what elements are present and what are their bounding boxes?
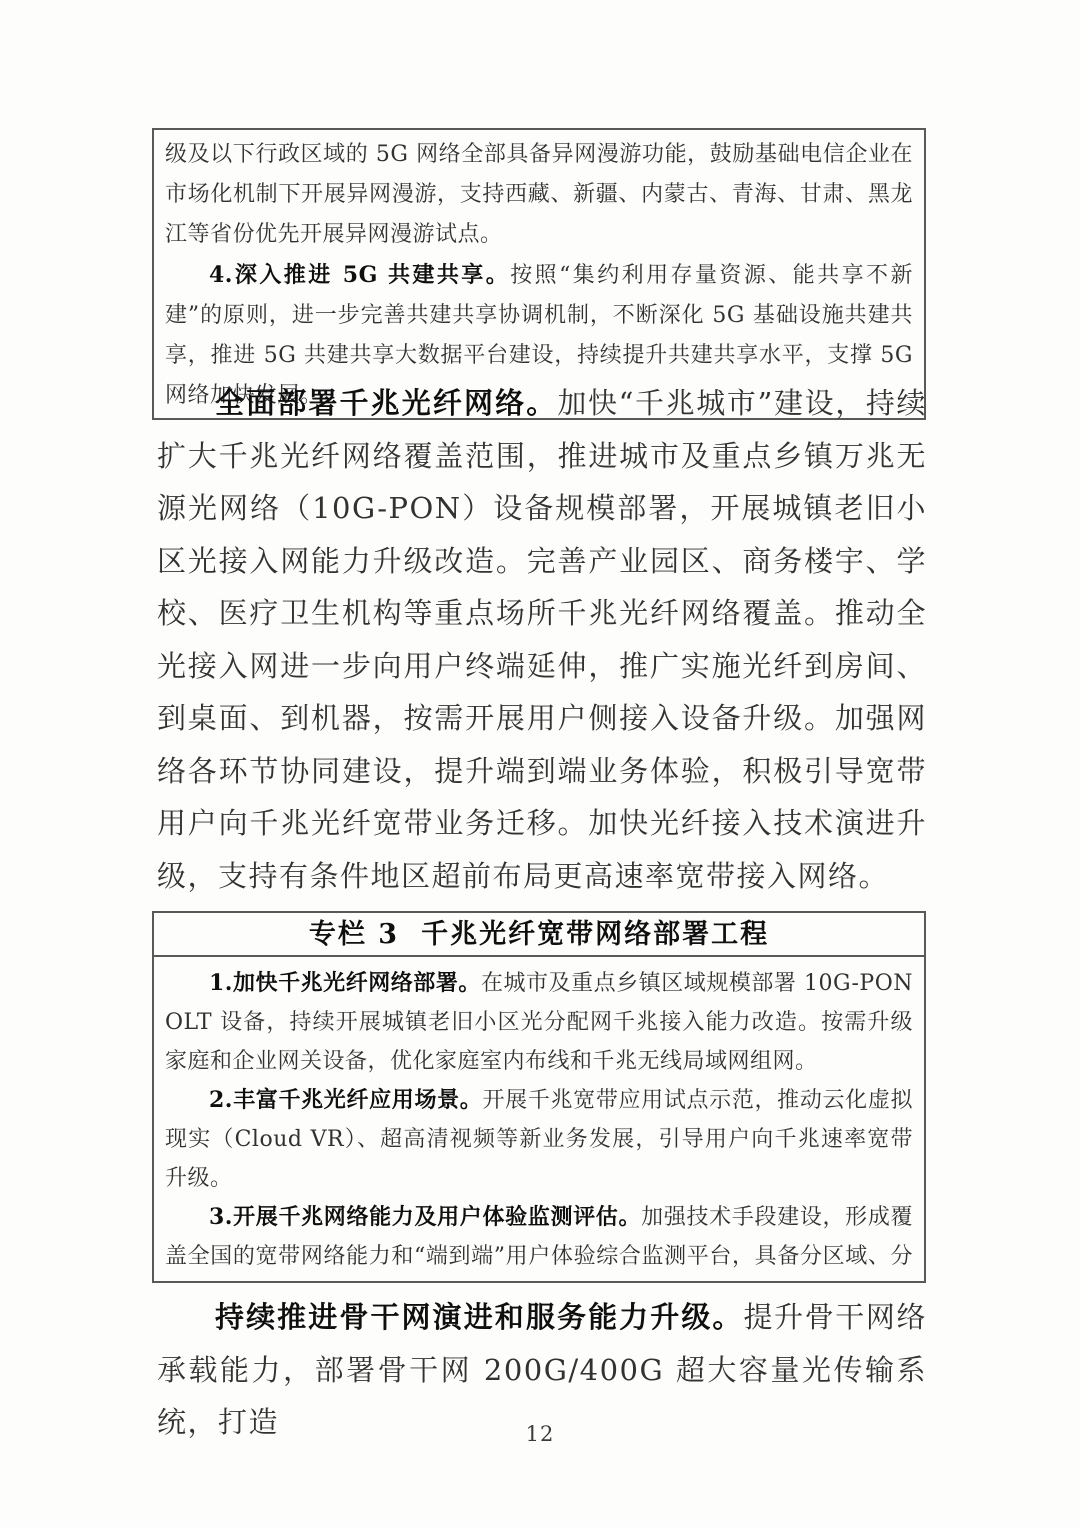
column3-item-1: 1.加快千兆光纤网络部署。在城市及重点乡镇区域规模部署 10G-PON OLT … bbox=[165, 964, 913, 1081]
column3-content: 1.加快千兆光纤网络部署。在城市及重点乡镇区域规模部署 10G-PON OLT … bbox=[154, 957, 924, 1283]
paragraph-text: 级及以下行政区域的 5G 网络全部具备异网漫游功能，鼓励基础电信企业在市场化机制… bbox=[165, 142, 913, 247]
document-page: 级及以下行政区域的 5G 网络全部具备异网漫游功能，鼓励基础电信企业在市场化机制… bbox=[0, 0, 1080, 1527]
column3-item-2: 2.丰富千兆光纤应用场景。开展千兆宽带应用试点示范，推动云化虚拟现实（Cloud… bbox=[165, 1081, 913, 1198]
box-paragraph-continuation: 级及以下行政区域的 5G 网络全部具备异网漫游功能，鼓励基础电信企业在市场化机制… bbox=[165, 135, 913, 255]
column3-label: 专栏 3 bbox=[309, 919, 399, 950]
paragraph-text: 加快“千兆城市”建设，持续扩大千兆光纤网络覆盖范围，推进城市及重点乡镇万兆无源光… bbox=[157, 386, 927, 893]
column3-item-3: 3.开展千兆网络能力及用户体验监测评估。加强技术手段建设，形成覆盖全国的宽带网络… bbox=[165, 1198, 913, 1283]
paragraph: 全面部署千兆光纤网络。加快“千兆城市”建设，持续扩大千兆光纤网络覆盖范围，推进城… bbox=[157, 377, 927, 902]
body-paragraph-fiber-network: 全面部署千兆光纤网络。加快“千兆城市”建设，持续扩大千兆光纤网络覆盖范围，推进城… bbox=[157, 377, 927, 902]
column3-header: 专栏 3千兆光纤宽带网络部署工程 bbox=[154, 913, 924, 957]
column3-title: 千兆光纤宽带网络部署工程 bbox=[421, 919, 769, 950]
item-lead: 2.丰富千兆光纤应用场景。 bbox=[209, 1087, 482, 1113]
paragraph-lead: 全面部署千兆光纤网络。 bbox=[215, 386, 557, 420]
item-lead: 3.开展千兆网络能力及用户体验监测评估。 bbox=[209, 1204, 641, 1230]
item-lead: 1.加快千兆光纤网络部署。 bbox=[209, 970, 481, 996]
paragraph-lead: 持续推进骨干网演进和服务能力升级。 bbox=[215, 1300, 744, 1334]
paragraph-lead: 4.深入推进 5G 共建共享。 bbox=[209, 262, 510, 288]
page-number: 12 bbox=[0, 1422, 1080, 1446]
column3-box: 专栏 3千兆光纤宽带网络部署工程 1.加快千兆光纤网络部署。在城市及重点乡镇区域… bbox=[152, 911, 926, 1283]
